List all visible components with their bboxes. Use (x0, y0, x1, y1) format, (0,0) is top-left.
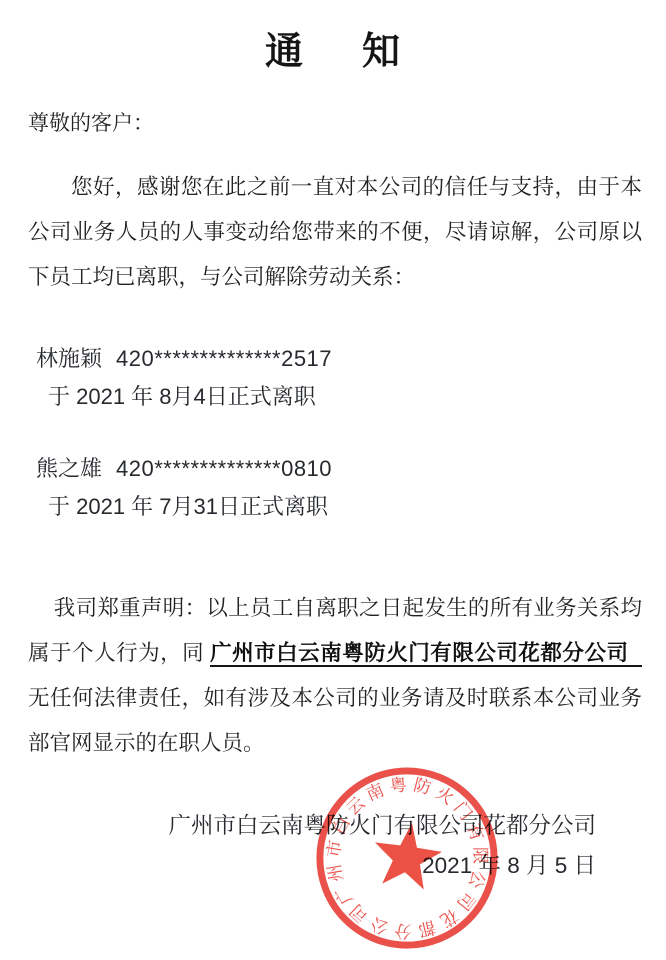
notice-title-char-1: 通 (265, 20, 304, 75)
intro-paragraph: 您好，感谢您在此之前一直对本公司的信任与支持，由于本公司业务人员的人事变动给您带… (28, 165, 642, 300)
notice-document-page: 通 知 尊敬的客户： 您好，感谢您在此之前一直对本公司的信任与支持，由于本公司业… (0, 0, 666, 960)
greeting-line: 尊敬的客户： (28, 107, 154, 137)
employee-name: 林施颖 (36, 346, 102, 371)
employee-id-masked: 420**************2517 (116, 346, 332, 371)
notice-title: 通 知 (0, 20, 666, 75)
statement-text-after: 无任何法律责任，如有涉及本公司的业务请及时联系本公司业务部官网显示的在职人员。 (28, 686, 642, 755)
signature-block: 广州市白云南粤防火门有限公司花都分公司 2021 年 8 月 5 日 (168, 806, 596, 886)
employee-name: 熊之雄 (36, 456, 102, 481)
employee-record-1: 林施颖420**************2517 于 2021 年 8月4日正式… (36, 340, 332, 416)
employee-record-2: 熊之雄420**************0810 于 2021 年 7月31日正… (36, 450, 332, 526)
employee-departure-date: 于 2021 年 8月4日正式离职 (36, 378, 332, 416)
statement-paragraph: 我司郑重声明：以上员工自离职之日起发生的所有业务关系均属于个人行为，同 广州市白… (28, 586, 642, 766)
signature-date: 2021 年 8 月 5 日 (168, 846, 596, 886)
employee-id-masked: 420**************0810 (116, 456, 332, 481)
notice-title-char-2: 知 (362, 20, 401, 75)
employee-departure-date: 于 2021 年 7月31日正式离职 (36, 488, 332, 526)
company-name-emphasis: 广州市白云南粤防火门有限公司花都分公司 (210, 641, 642, 667)
signature-company-name: 广州市白云南粤防火门有限公司花都分公司 (168, 806, 596, 846)
